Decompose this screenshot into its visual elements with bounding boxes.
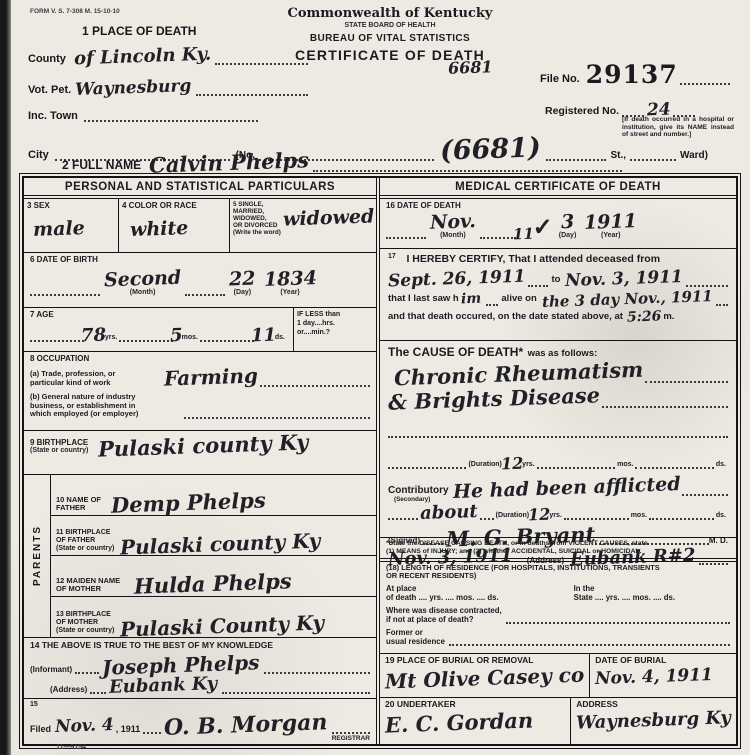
main-table: PERSONAL AND STATISTICAL PARTICULARS 3 S… <box>22 176 738 746</box>
age-cell: 7 AGE 78 yrs. 5 mos. 11 ds. <box>24 308 293 351</box>
dod-month-value: Nov. <box>430 212 476 233</box>
dotted-blank <box>30 327 84 343</box>
mos-caption-2: mos. <box>631 512 647 520</box>
mother-bp-label-line: (State or country) <box>56 627 114 635</box>
dod-year-value: 1911 <box>584 212 638 233</box>
ds-caption: ds. <box>716 461 726 469</box>
father-name-row: 10 NAME OF FATHER Demp Phelps <box>51 475 376 516</box>
m-suffix: m. <box>663 311 674 324</box>
dotted-blank <box>196 80 308 96</box>
in-state-line: State .... yrs. .... mos. .... ds. <box>574 593 730 602</box>
dotted-blank <box>388 504 418 520</box>
dotted-blank <box>313 156 622 172</box>
father-bp-label-line: (State or country) <box>56 545 114 553</box>
dotted-blank <box>185 280 225 296</box>
sex-value: male <box>33 217 85 241</box>
death-certificate-scan: FORM V. S. 7-308 M. 15-10-10 1 PLACE OF … <box>0 0 750 755</box>
duration-years-value: 12 <box>501 453 524 473</box>
dotted-blank <box>682 480 728 496</box>
mother-label-line: OF MOTHER <box>56 585 120 594</box>
undertaker-row: 20 UNDERTAKER E. C. Gordan ADDRESS Wayne… <box>380 698 736 744</box>
dod-label: 16 DATE OF DEATH <box>386 201 730 210</box>
dotted-blank <box>75 658 99 674</box>
occ-b-line: which employed (or employer) <box>30 410 180 419</box>
age-years-value: 78 <box>80 325 106 347</box>
dob-day-value: 22 <box>229 269 256 289</box>
last-saw-printed: that I last saw h <box>388 293 459 306</box>
inc-town-label: Inc. Town <box>28 110 78 122</box>
inc-town-line: Inc. Town <box>28 106 258 122</box>
age-label: 7 AGE <box>30 310 287 319</box>
attest-statement: 14 THE ABOVE IS TRUE TO THE BEST OF MY K… <box>30 641 370 650</box>
parents-vertical-label: PARENTS <box>32 525 43 586</box>
dotted-blank <box>200 327 254 343</box>
dotted-blank <box>486 290 499 306</box>
filed-number: 15 <box>30 701 370 708</box>
undertaker-label: 20 UNDERTAKER <box>385 700 565 709</box>
medical-section-title: MEDICAL CERTIFICATE OF DEATH <box>380 178 736 199</box>
cause-heading-rest: was as follows: <box>528 348 598 359</box>
dotted-blank <box>716 290 729 306</box>
burial-place-cell: 19 PLACE OF BURIAL OR REMOVAL Mt Olive C… <box>380 654 590 697</box>
informant-address-value: Eubank Ky <box>109 673 218 698</box>
dotted-blank <box>30 280 100 296</box>
to-word: to <box>551 274 560 287</box>
contributory-value-2: about <box>420 501 478 524</box>
in-state-line: In the <box>574 584 730 593</box>
county-value: of Lincoln Ky. <box>74 44 212 70</box>
father-name-value: Demp Phelps <box>111 487 266 517</box>
less-line: or....min.? <box>297 328 373 337</box>
marital-cell: 5 SINGLE, MARRIED, WIDOWED, OR DIVORCED … <box>230 199 376 252</box>
at-place-line: of death .... yrs. .... mos. .... ds. <box>386 593 574 602</box>
informant-address-label: (Address) <box>50 685 87 694</box>
dotted-blank <box>119 327 173 343</box>
burial-date-cell: DATE OF BURIAL Nov. 4, 1911 <box>590 654 736 697</box>
sex-cell: 3 SEX male <box>24 199 119 252</box>
check-mark-icon: ✓ <box>533 212 553 241</box>
dod-day-value: 3 <box>561 213 575 232</box>
dotted-blank <box>388 422 728 438</box>
occupation-label: 8 OCCUPATION <box>30 354 370 363</box>
cause-footnote: *State the DISEASE CAUSING DEATH, or in … <box>380 537 736 562</box>
medical-column: MEDICAL CERTIFICATE OF DEATH 16 DATE OF … <box>380 178 736 744</box>
personal-column: PERSONAL AND STATISTICAL PARTICULARS 3 S… <box>24 178 380 744</box>
yrs-caption: yrs. <box>105 334 117 342</box>
birthplace-row: 9 BIRTHPLACE (State or country) Pulaski … <box>24 431 376 475</box>
mother-bp-label-line: OF MOTHER <box>56 619 114 627</box>
death-occurred-printed: and that death occured, on the date stat… <box>388 311 623 324</box>
if-less-than-day-cell: IF LESS than 1 day....hrs. or....min.? <box>293 308 376 351</box>
marital-value: widowed <box>282 205 374 230</box>
age-days-value: 11 <box>250 325 276 347</box>
city-label: City <box>28 149 49 161</box>
occupation-value: Farming <box>164 364 259 391</box>
dob-label: 6 DATE OF BIRTH <box>30 255 370 264</box>
father-label-line: FATHER <box>56 504 101 513</box>
hospital-note: [If death occurred in a hospital or inst… <box>622 116 734 139</box>
footnote-line: (1) MEANS of INJURY; and (2) whether ACC… <box>386 548 730 556</box>
age-row: 7 AGE 78 yrs. 5 mos. 11 ds. IF LESS tha <box>24 308 376 352</box>
dotted-blank <box>184 403 370 419</box>
mos-caption: mos. <box>182 334 198 342</box>
dotted-blank <box>90 678 106 694</box>
registered-no-line: Registered No. 24 <box>545 100 695 117</box>
alive-on-printed: alive on <box>501 293 536 306</box>
mother-birthplace-value: Pulaski County Ky <box>120 610 325 641</box>
race-label: 4 COLOR OR RACE <box>122 201 226 210</box>
occupation-row: 8 OCCUPATION (a) Trade, profession, or p… <box>24 352 376 431</box>
dotted-blank <box>635 453 713 469</box>
vot-pet-value: Waynesburg <box>75 76 192 100</box>
parents-block: PARENTS 10 NAME OF FATHER Demp Phelps 11… <box>24 475 376 638</box>
date-of-birth-row: 6 DATE OF BIRTH Second (Month) 22 (Day) … <box>24 253 376 309</box>
dotted-blank <box>645 367 728 383</box>
bureau-subtitle: BUREAU OF VITAL STATISTICS <box>260 33 520 44</box>
dob-year-value: 1834 <box>263 269 317 290</box>
birthplace-label: 9 BIRTHPLACE <box>30 438 88 447</box>
last-saw-handwritten: im <box>460 290 481 307</box>
birthplace-value: Pulaski county Ky <box>98 429 309 461</box>
file-no-label: File No. <box>540 73 580 85</box>
less-line: IF LESS than <box>297 310 373 319</box>
form-code: FORM V. S. 7-308 M. 15-10-10 <box>30 8 120 15</box>
residence-title-line: OR RECENT RESIDENTS) <box>386 572 730 580</box>
vot-pet-label: Vot. Pet. <box>28 84 71 96</box>
mother-name-row: 12 MAIDEN NAME OF MOTHER Hulda Phelps <box>51 556 376 597</box>
attended-to-date: Nov. 3, 1911 <box>565 267 684 291</box>
informant-block: 14 THE ABOVE IS TRUE TO THE BEST OF MY K… <box>24 638 376 699</box>
full-name-line: 2 FULL NAME Calvin Phelps <box>62 150 622 172</box>
mother-bp-label-line: 13 BIRTHPLACE <box>56 611 114 619</box>
dotted-blank <box>264 658 370 674</box>
full-name-value: Calvin Phelps <box>149 147 310 178</box>
dotted-blank <box>388 453 466 469</box>
father-birthplace-row: 11 BIRTHPLACE OF FATHER (State or countr… <box>51 516 376 557</box>
cause-of-death-block: The CAUSE OF DEATH* was as follows: Chro… <box>380 341 736 537</box>
dotted-blank <box>622 101 644 117</box>
undertaker-cell: 20 UNDERTAKER E. C. Gordan <box>380 698 571 744</box>
certificate-number-handwritten: 6681 <box>448 57 493 78</box>
sex-race-marital-row: 3 SEX male 4 COLOR OR RACE white 5 SINGL… <box>24 199 376 253</box>
dotted-blank <box>143 718 161 734</box>
former-residence-line: usual residence <box>386 637 445 646</box>
occ-a-line: particular kind of work <box>30 379 158 388</box>
scan-edge-strip <box>0 0 11 755</box>
duration-caption: (Duration) <box>468 461 501 469</box>
undertaker-address-cell: ADDRESS Waynesburg Ky <box>571 698 736 744</box>
footnote-line: *State the DISEASE CAUSING DEATH, or in … <box>386 540 730 548</box>
voting-precinct-line: Vot. Pet. Waynesburg <box>28 78 308 96</box>
marital-label-line: (Write the word) <box>233 229 373 236</box>
place-of-death-heading: 1 PLACE OF DEATH <box>82 24 196 38</box>
dotted-blank <box>686 271 728 287</box>
yrs-caption-2: yrs. <box>549 512 561 520</box>
dob-month-value: Second <box>104 268 182 290</box>
dotted-blank <box>449 630 730 646</box>
state-country-caption: (State or country) <box>30 447 88 454</box>
certify-paragraph: 17 I HEREBY CERTIFY, That I attended dec… <box>380 249 736 341</box>
death-time-value: 5:26 <box>627 308 662 325</box>
dotted-blank <box>680 69 730 85</box>
father-bp-label-line: 11 BIRTHPLACE <box>56 529 114 537</box>
filed-row: 15 Filed Nov. 4 , 1911 O. B. Morgan REGI… <box>24 699 376 744</box>
mother-birthplace-row: 13 BIRTHPLACE OF MOTHER (State or countr… <box>51 597 376 637</box>
less-line: 1 day....hrs. <box>297 319 373 328</box>
undertaker-address-value: Waynesburg Ky <box>576 707 731 733</box>
dotted-blank <box>537 453 615 469</box>
filed-year-printed: , 1911 <box>116 725 141 734</box>
dotted-blank <box>630 145 676 161</box>
dotted-blank <box>386 223 426 239</box>
dotted-blank <box>602 392 728 408</box>
contributory-label: Contributory <box>388 485 449 496</box>
state-header: Commonwealth of Kentucky STATE BOARD OF … <box>260 6 520 63</box>
certify-number: 17 <box>388 253 396 260</box>
age-months-value: 5 <box>170 325 183 346</box>
registered-no-label: Registered No. <box>545 105 619 117</box>
dotted-blank <box>506 608 730 624</box>
dotted-blank <box>84 106 258 122</box>
residence-block: (18) LENGTH OF RESIDENCE (FOR HOSPITALS,… <box>380 562 736 654</box>
file-no-value: 29137 <box>586 60 678 89</box>
father-birthplace-value: Pulaski county Ky <box>120 529 321 560</box>
mos-caption: mos. <box>617 461 633 469</box>
burial-place-value: Mt Olive Casey co <box>385 663 585 694</box>
dotted-blank <box>332 718 370 734</box>
date-of-death-row: 16 DATE OF DEATH Nov. (Month) 11 ✓ 3 (Da… <box>380 199 736 249</box>
father-bp-label-line: OF FATHER <box>56 537 114 545</box>
burial-row: 19 PLACE OF BURIAL OR REMOVAL Mt Olive C… <box>380 654 736 698</box>
informant-label: (Informant) <box>30 665 72 674</box>
ds-caption-2: ds. <box>716 512 726 520</box>
contracted-line: if not at place of death? <box>386 615 502 624</box>
file-no-line: File No. 29137 <box>540 60 730 85</box>
filed-date-value: Nov. 4 <box>55 715 114 737</box>
full-name-label: 2 FULL NAME <box>62 158 141 172</box>
yrs-caption: yrs. <box>522 461 534 469</box>
dod-stray-mark: 11 <box>512 225 533 244</box>
dotted-blank <box>260 372 370 388</box>
parents-side-cell: PARENTS <box>24 475 51 637</box>
former-residence-line: Former or <box>386 628 445 637</box>
race-value: white <box>130 217 189 241</box>
undertaker-signature: E. C. Gordan <box>385 707 534 737</box>
personal-section-title: PERSONAL AND STATISTICAL PARTICULARS <box>24 178 376 199</box>
ward-label: Ward) <box>680 150 708 161</box>
dotted-blank <box>222 678 370 694</box>
dotted-blank <box>480 223 516 239</box>
dotted-blank <box>673 101 695 117</box>
filed-label: Filed <box>30 725 51 734</box>
commonwealth-title: Commonwealth of Kentucky <box>260 6 520 21</box>
cause-heading-bold: The CAUSE OF DEATH* <box>388 345 523 359</box>
duration-caption-2: (Duration) <box>496 512 529 520</box>
burial-date-label: DATE OF BURIAL <box>595 656 731 665</box>
at-place-line: At place <box>386 584 574 593</box>
dotted-blank <box>564 504 629 520</box>
certify-lead-text: I HEREBY CERTIFY, That I attended deceas… <box>406 253 660 265</box>
attended-from-date: Sept. 26, 1911 <box>388 266 526 291</box>
contracted-line: Where was disease contracted, <box>386 606 502 615</box>
ds-caption: ds. <box>275 334 285 342</box>
contrib-duration-value: 12 <box>528 504 551 524</box>
county-label: County <box>28 53 66 65</box>
dotted-blank <box>480 504 494 520</box>
mother-name-value: Hulda Phelps <box>134 568 292 598</box>
dotted-blank <box>649 504 714 520</box>
footer-plate-code: 11—9154 <box>56 744 86 751</box>
burial-date-value: Nov. 4, 1911 <box>595 665 714 689</box>
sex-label: 3 SEX <box>27 201 115 210</box>
dotted-blank <box>528 271 548 287</box>
state-board-subtitle: STATE BOARD OF HEALTH <box>260 22 520 30</box>
race-cell: 4 COLOR OR RACE white <box>119 199 230 252</box>
